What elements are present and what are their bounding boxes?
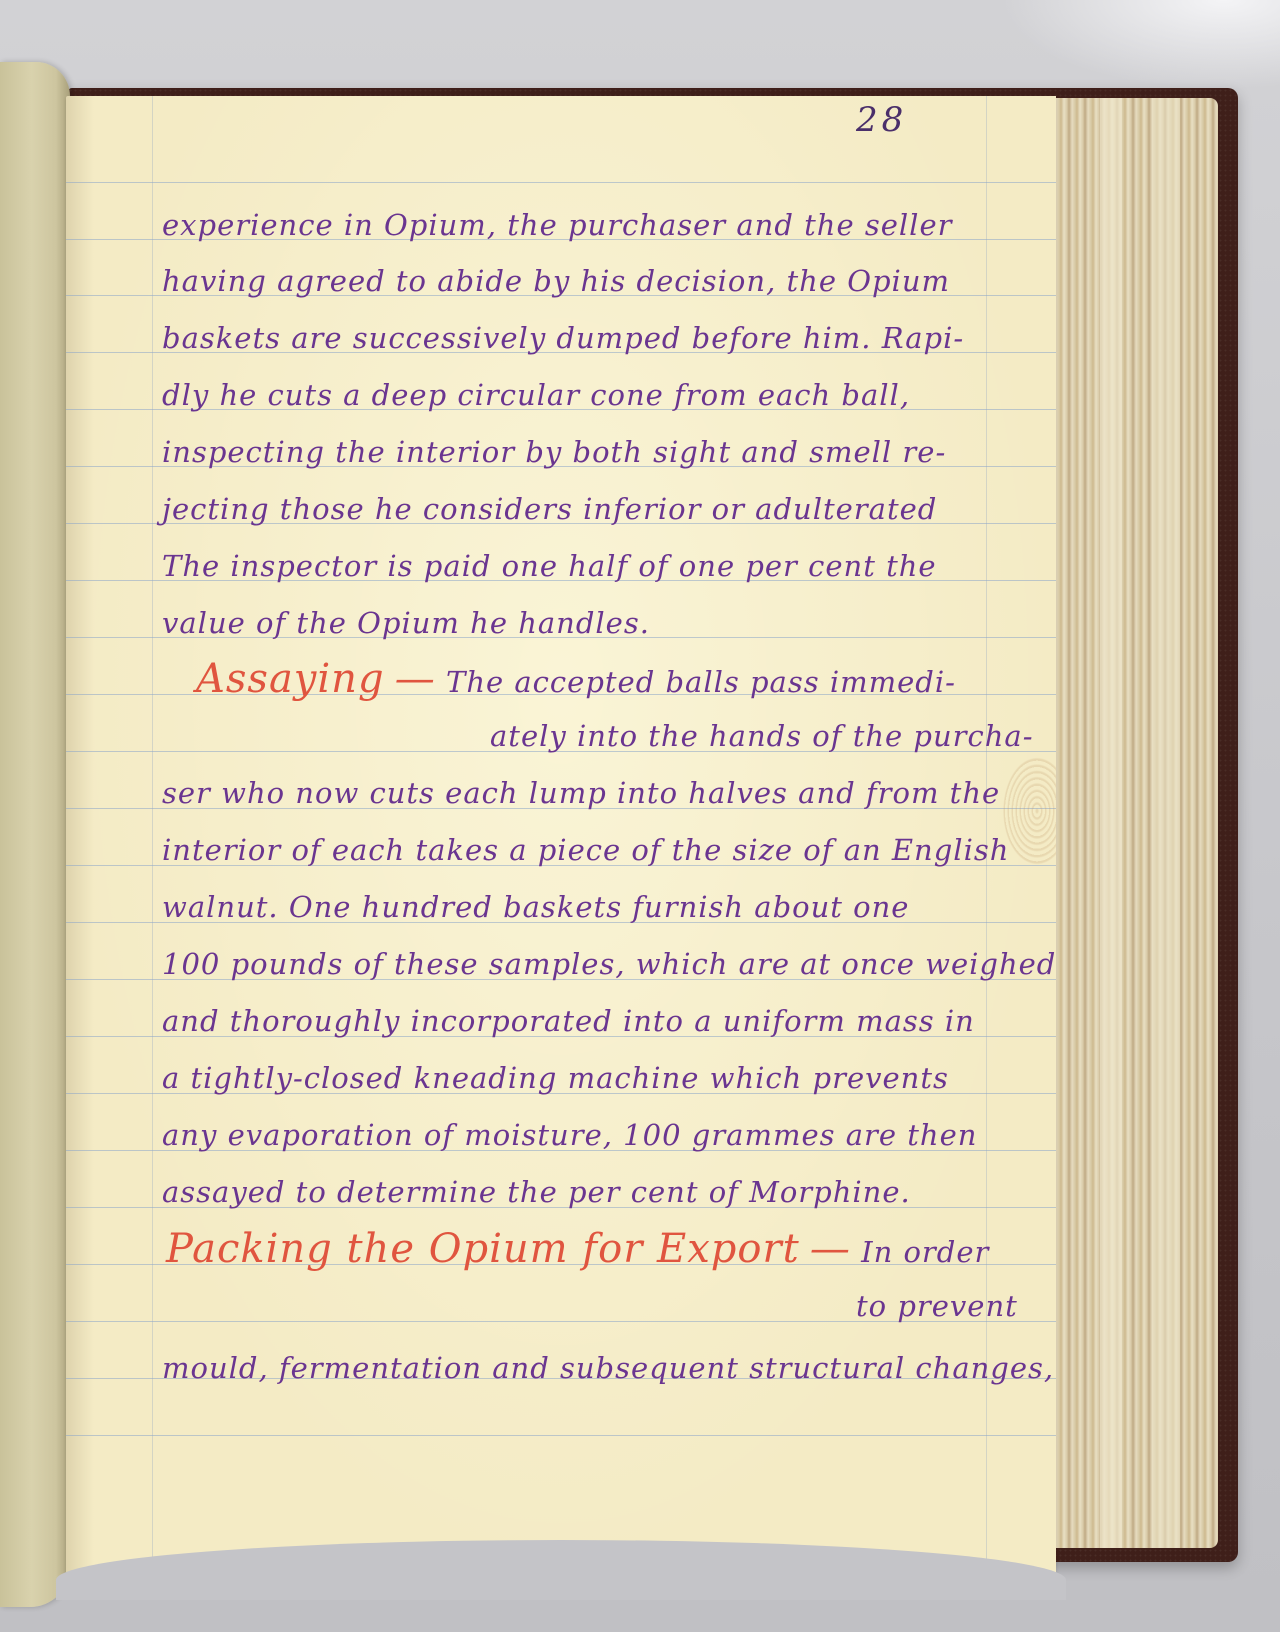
page-edge-highlight	[1100, 98, 1122, 1548]
text-line: inspecting the interior by both sight an…	[162, 435, 946, 469]
text-line: jecting those he considers inferior or a…	[162, 492, 937, 526]
manuscript-page: 28 experience in Opium, the purchaser an…	[66, 96, 1056, 1572]
heading-dash: —	[395, 656, 436, 702]
backdrop-highlight	[1000, 0, 1280, 90]
text-line: a tightly-closed kneading machine which …	[162, 1061, 949, 1095]
ruled-line	[66, 1435, 1056, 1436]
text-line: and thoroughly incorporated into a unifo…	[162, 1004, 975, 1038]
text-line: dly he cuts a deep circular cone from ea…	[162, 378, 910, 412]
text-line: having agreed to abide by his decision, …	[162, 264, 950, 298]
left-facing-page	[0, 62, 70, 1607]
text-line: interior of each takes a piece of the si…	[162, 833, 1009, 867]
fingerprint-stain	[1002, 756, 1056, 866]
section-heading-packing: Packing the Opium for Export	[166, 1226, 800, 1272]
section-heading-assaying: Assaying	[196, 656, 385, 702]
page-edges	[1040, 98, 1218, 1548]
heading-dash: —	[810, 1226, 851, 1272]
section-heading-packing-row: Packing the Opium for Export — In order	[166, 1226, 989, 1272]
page-edge-highlight	[1152, 98, 1180, 1548]
text-line: baskets are successively dumped before h…	[162, 321, 964, 355]
margin-line	[152, 96, 153, 1572]
text-line: value of the Opium he handles.	[162, 606, 650, 640]
ruled-line	[66, 182, 1056, 183]
text-line: ately into the hands of the purcha-	[490, 719, 1034, 753]
text-line: mould, fermentation and subsequent struc…	[162, 1351, 1054, 1385]
page-number: 28	[856, 100, 907, 140]
text-line: The inspector is paid one half of one pe…	[162, 549, 937, 583]
text-line: The accepted balls pass immedi-	[446, 665, 956, 699]
text-line: assayed to determine the per cent of Mor…	[162, 1175, 911, 1209]
text-line: ser who now cuts each lump into halves a…	[162, 776, 1000, 810]
text-line: any evaporation of moisture, 100 grammes…	[162, 1118, 977, 1152]
text-line: walnut. One hundred baskets furnish abou…	[162, 890, 909, 924]
text-line: 100 pounds of these samples, which are a…	[162, 947, 1056, 981]
text-line: In order	[861, 1235, 989, 1269]
text-line: experience in Opium, the purchaser and t…	[162, 208, 952, 242]
text-line: to prevent	[856, 1289, 1018, 1323]
section-heading-assaying-row: Assaying — The accepted balls pass immed…	[196, 656, 956, 702]
